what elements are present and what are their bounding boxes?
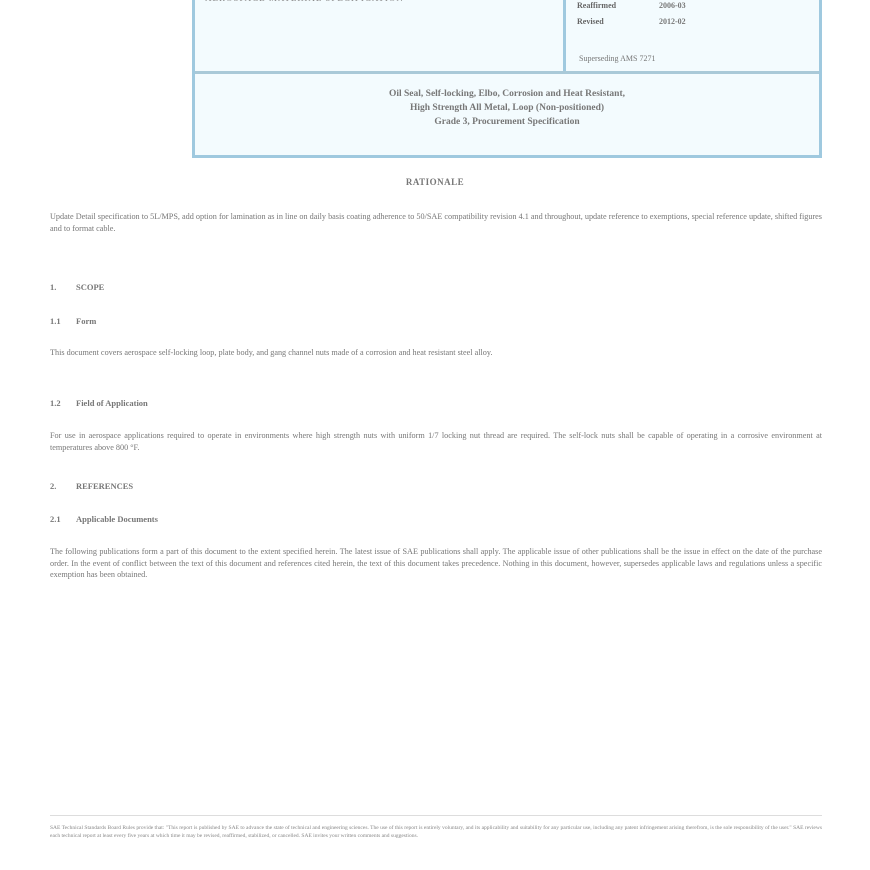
application-paragraph: For use in aerospace applications requir… (50, 430, 822, 453)
meta-label: Reaffirmed (577, 1, 637, 10)
section-title: Applicable Documents (76, 514, 158, 524)
footer-rule (50, 815, 822, 816)
title-line: High Strength All Metal, Loop (Non-posit… (195, 101, 819, 115)
meta-value: 2012-02 (659, 17, 686, 26)
issuer-label: AEROSPACE MATERIAL SPECIFICATION (205, 0, 404, 3)
document-title: Oil Seal, Self-locking, Elbo, Corrosion … (195, 87, 819, 129)
meta-value: 2006-03 (659, 1, 686, 10)
section-number: 2.1 (50, 514, 76, 524)
references-paragraph: The following publications form a part o… (50, 546, 822, 581)
section-title: Form (76, 316, 96, 326)
section-heading-form: 1.1Form (50, 316, 96, 326)
header-divider (195, 71, 819, 74)
section-heading-field-of-application: 1.2Field of Application (50, 398, 148, 408)
section-number: 1.1 (50, 316, 76, 326)
supersedes-note: Superseding AMS 7271 (579, 54, 655, 63)
document-header-box: AEROSPACE MATERIAL SPECIFICATION Reaffir… (192, 0, 822, 158)
header-meta-cell: Reaffirmed 2006-03 Revised 2012-02 Super… (571, 0, 819, 73)
section-title: Field of Application (76, 398, 148, 408)
section-title: REFERENCES (76, 481, 133, 491)
form-paragraph: This document covers aerospace self-lock… (50, 347, 822, 359)
section-heading-scope: 1.SCOPE (50, 282, 104, 292)
section-title: SCOPE (76, 282, 104, 292)
section-heading-references: 2.REFERENCES (50, 481, 133, 491)
title-line: Oil Seal, Self-locking, Elbo, Corrosion … (195, 87, 819, 101)
rationale-heading: RATIONALE (0, 177, 870, 187)
meta-row-reaffirmed: Reaffirmed 2006-03 (577, 1, 686, 10)
section-number: 2. (50, 481, 76, 491)
footer-notice: SAE Technical Standards Board Rules prov… (50, 824, 822, 840)
section-number: 1.2 (50, 398, 76, 408)
header-top: AEROSPACE MATERIAL SPECIFICATION Reaffir… (195, 0, 819, 73)
section-heading-applicable-documents: 2.1Applicable Documents (50, 514, 158, 524)
rationale-paragraph: Update Detail specification to 5L/MPS, a… (50, 211, 822, 234)
title-line: Grade 3, Procurement Specification (195, 115, 819, 129)
section-number: 1. (50, 282, 76, 292)
header-issuer-cell: AEROSPACE MATERIAL SPECIFICATION (195, 0, 566, 73)
meta-label: Revised (577, 17, 637, 26)
meta-row-revised: Revised 2012-02 (577, 17, 686, 26)
